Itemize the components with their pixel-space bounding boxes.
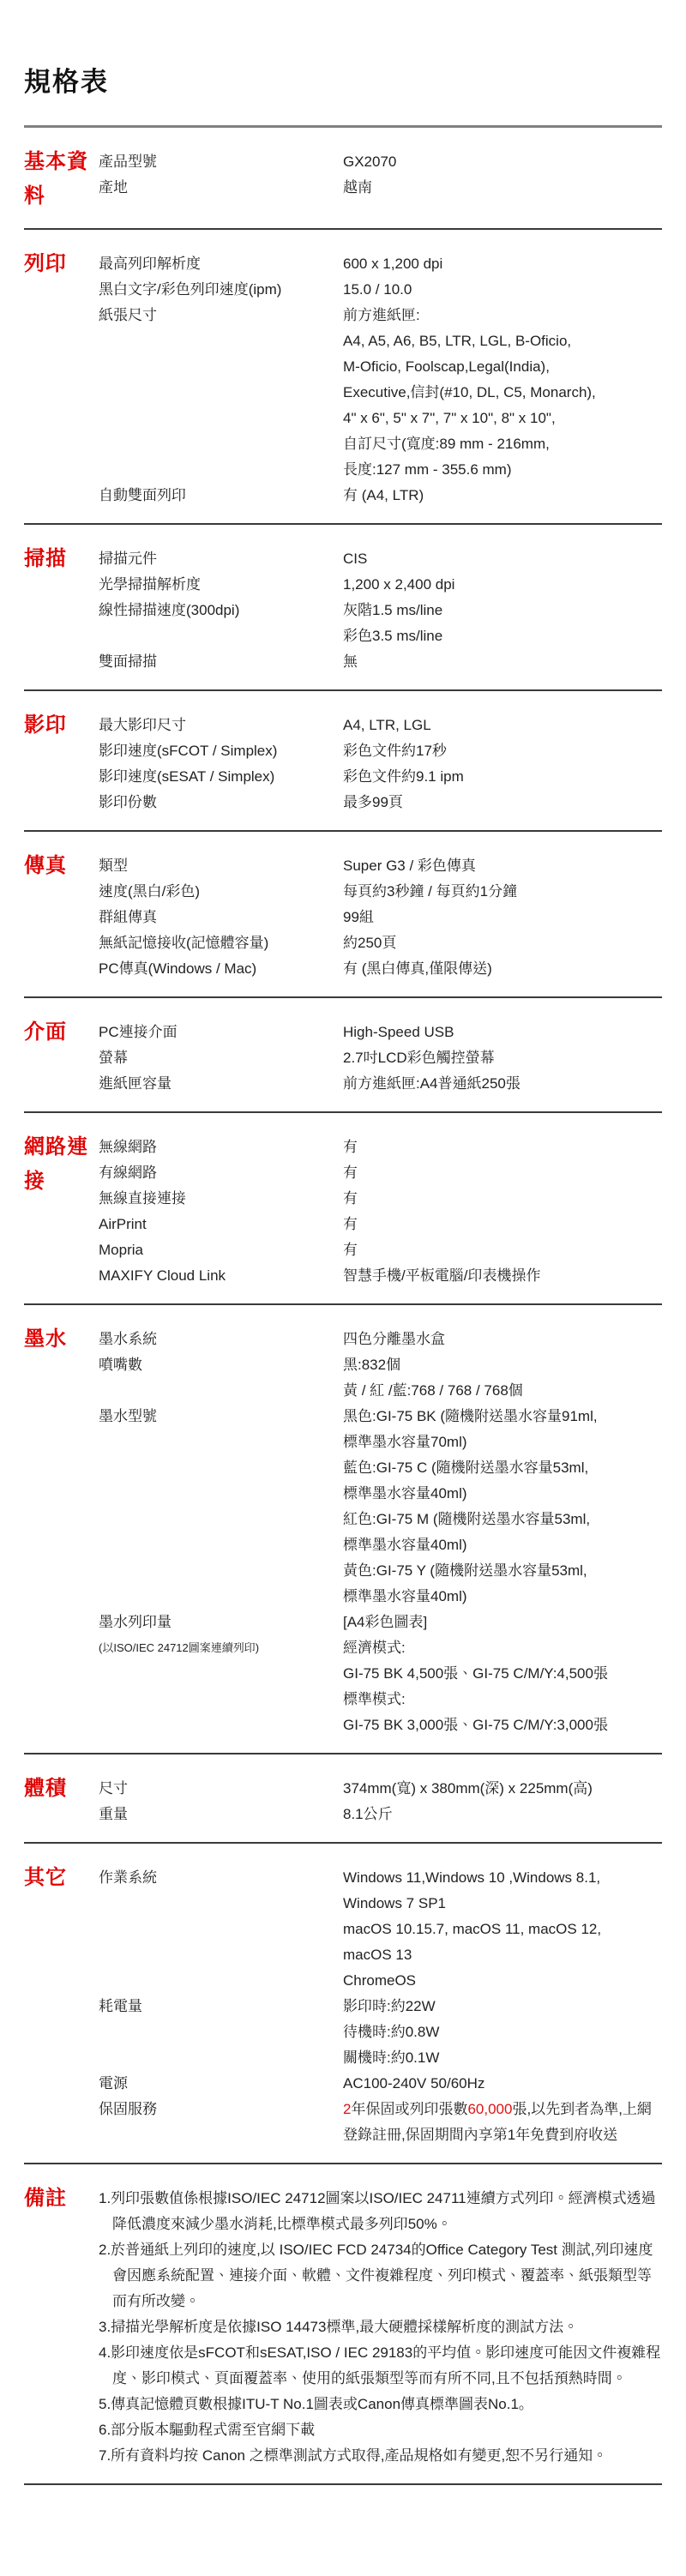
spec-row: 雙面掃描無 <box>99 649 662 675</box>
spec-row: 進紙匣容量前方進紙匣:A4普通紙250張 <box>99 1071 662 1097</box>
spec-section: 影印最大影印尺寸A4, LTR, LGL影印速度(sFCOT / Simplex… <box>24 691 662 832</box>
attribute-name-text: 有線網路 <box>99 1160 343 1186</box>
spec-row: 耗電量影印時:約22W待機時:約0.8W關機時:約0.1W <box>99 1994 662 2071</box>
value-line: 標準模式: <box>343 1687 662 1712</box>
attribute-name: 墨水列印量(以ISO/IEC 24712圖案連續列印) <box>99 1610 343 1738</box>
spec-section: 網路連接無線網路有有線網路有無線直接連接有AirPrint有Mopria有MAX… <box>24 1113 662 1305</box>
attribute-name: 光學掃描解析度 <box>99 572 343 598</box>
spec-row: 噴嘴數黑:832個黃 / 紅 /藍:768 / 768 / 768個 <box>99 1352 662 1404</box>
value-line: 標準墨水容量70ml) <box>343 1429 662 1455</box>
attribute-name-text: 螢幕 <box>99 1045 343 1071</box>
value-line: GI-75 BK 3,000張、GI-75 C/M/Y:3,000張 <box>343 1712 662 1738</box>
value-line: 彩色文件約17秒 <box>343 738 662 764</box>
attribute-value: 2.7吋LCD彩色觸控螢幕 <box>343 1045 662 1071</box>
value-segment: 年保固或列印張數 <box>351 2101 467 2117</box>
attribute-value: High-Speed USB <box>343 1020 662 1045</box>
attribute-value: 有 <box>343 1135 662 1160</box>
value-line: 最多99頁 <box>343 790 662 816</box>
attribute-name: 影印速度(sFCOT / Simplex) <box>99 738 343 764</box>
attribute-value: 有 (A4, LTR) <box>343 483 662 509</box>
value-line: 四色分離墨水盒 <box>343 1327 662 1352</box>
section-rows: 掃描元件CIS光學掃描解析度1,200 x 2,400 dpi線性掃描速度(30… <box>99 546 662 675</box>
value-line: 灰階1.5 ms/line <box>343 598 662 623</box>
section-label: 掃描 <box>24 542 99 675</box>
attribute-value: A4, LTR, LGL <box>343 713 662 738</box>
attribute-name-text: 無線網路 <box>99 1135 343 1160</box>
attribute-name-text: 掃描元件 <box>99 546 343 572</box>
spec-row: 影印速度(sESAT / Simplex)彩色文件約9.1 ipm <box>99 764 662 790</box>
attribute-name-text: 保固服務 <box>99 2097 343 2122</box>
section-rows: 類型Super G3 / 彩色傳真速度(黑白/彩色)每頁約3秒鐘 / 每頁約1分… <box>99 853 662 982</box>
attribute-name: 墨水型號 <box>99 1404 343 1610</box>
value-line: 2.7吋LCD彩色觸控螢幕 <box>343 1045 662 1071</box>
notes-section: 備註1.列印張數值係根據ISO/IEC 24712圖案以ISO/IEC 2471… <box>24 2164 662 2485</box>
section-rows: 墨水系統四色分離墨水盒噴嘴數黑:832個黃 / 紅 /藍:768 / 768 /… <box>99 1327 662 1738</box>
value-line: 紅色:GI-75 M (隨機附送墨水容量53ml, <box>343 1507 662 1532</box>
value-line: 15.0 / 10.0 <box>343 277 662 303</box>
section-rows: 無線網路有有線網路有無線直接連接有AirPrint有Mopria有MAXIFY … <box>99 1135 662 1289</box>
attribute-value: 黑色:GI-75 BK (隨機附送墨水容量91ml,標準墨水容量70ml)藍色:… <box>343 1404 662 1610</box>
attribute-name: 產地 <box>99 175 343 201</box>
attribute-name: MAXIFY Cloud Link <box>99 1263 343 1289</box>
spec-row: 無線直接連接有 <box>99 1186 662 1212</box>
attribute-name: 掃描元件 <box>99 546 343 572</box>
value-line: 黑色:GI-75 BK (隨機附送墨水容量91ml, <box>343 1404 662 1429</box>
attribute-name-text: 類型 <box>99 853 343 879</box>
section-rows: 作業系統Windows 11,Windows 10 ,Windows 8.1,W… <box>99 1865 662 2148</box>
attribute-name: 影印速度(sESAT / Simplex) <box>99 764 343 790</box>
value-line: 有 <box>343 1135 662 1160</box>
spec-row: 最高列印解析度600 x 1,200 dpi <box>99 251 662 277</box>
spec-row: 影印份數最多99頁 <box>99 790 662 816</box>
spec-row: 光學掃描解析度1,200 x 2,400 dpi <box>99 572 662 598</box>
value-line: 標準墨水容量40ml) <box>343 1532 662 1558</box>
attribute-name-note: (以ISO/IEC 24712圖案連續列印) <box>99 1635 343 1661</box>
attribute-name-text: 影印速度(sESAT / Simplex) <box>99 764 343 790</box>
value-line: GI-75 BK 4,500張、GI-75 C/M/Y:4,500張 <box>343 1661 662 1687</box>
spec-row: PC連接介面High-Speed USB <box>99 1020 662 1045</box>
attribute-name-text: 產品型號 <box>99 149 343 175</box>
value-line: 4" x 6", 5" x 7", 7" x 10", 8" x 10", <box>343 406 662 431</box>
attribute-name-text: 影印份數 <box>99 790 343 816</box>
attribute-value: 灰階1.5 ms/line彩色3.5 ms/line <box>343 598 662 649</box>
attribute-value: 前方進紙匣:A4普通紙250張 <box>343 1071 662 1097</box>
attribute-name-text: 線性掃描速度(300dpi) <box>99 598 343 623</box>
attribute-name-text: 最大影印尺寸 <box>99 713 343 738</box>
value-line: Windows 7 SP1 <box>343 1891 662 1917</box>
spec-row: 產地越南 <box>99 175 662 201</box>
attribute-value: CIS <box>343 546 662 572</box>
attribute-name: PC傳真(Windows / Mac) <box>99 956 343 982</box>
attribute-value: 四色分離墨水盒 <box>343 1327 662 1352</box>
attribute-name-text: AirPrint <box>99 1212 343 1237</box>
attribute-name-text: 速度(黑白/彩色) <box>99 879 343 905</box>
value-line: 智慧手機/平板電腦/印表機操作 <box>343 1263 662 1289</box>
attribute-name-text: MAXIFY Cloud Link <box>99 1263 343 1289</box>
attribute-name-text: 雙面掃描 <box>99 649 343 675</box>
spec-row: PC傳真(Windows / Mac)有 (黑白傳真,僅限傳送) <box>99 956 662 982</box>
value-line: 黃色:GI-75 Y (隨機附送墨水容量53ml, <box>343 1558 662 1584</box>
value-line: A4, A5, A6, B5, LTR, LGL, B-Oficio, <box>343 328 662 354</box>
attribute-name: Mopria <box>99 1237 343 1263</box>
spec-row: 紙張尺寸前方進紙匣:A4, A5, A6, B5, LTR, LGL, B-Of… <box>99 303 662 483</box>
value-line: [A4彩色圖表] <box>343 1610 662 1635</box>
attribute-value: 2年保固或列印張數60,000張,以先到者為準,上網登錄註冊,保固期間內享第1年… <box>343 2097 662 2148</box>
attribute-name: 速度(黑白/彩色) <box>99 879 343 905</box>
spec-row: 保固服務2年保固或列印張數60,000張,以先到者為準,上網登錄註冊,保固期間內… <box>99 2097 662 2148</box>
section-label: 傳真 <box>24 849 99 982</box>
value-line: 約250頁 <box>343 930 662 956</box>
note-item: 5.傳真記憶體頁數根據ITU-T No.1圖表或Canon傳真標準圖表No.1。 <box>99 2392 662 2417</box>
section-rows: PC連接介面High-Speed USB螢幕2.7吋LCD彩色觸控螢幕進紙匣容量… <box>99 1020 662 1097</box>
attribute-name-text: 噴嘴數 <box>99 1352 343 1378</box>
attribute-value: 99組 <box>343 905 662 930</box>
section-label: 其它 <box>24 1861 99 2148</box>
attribute-name: 雙面掃描 <box>99 649 343 675</box>
value-line: 長度:127 mm - 355.6 mm) <box>343 457 662 483</box>
spec-section: 其它作業系統Windows 11,Windows 10 ,Windows 8.1… <box>24 1844 662 2164</box>
attribute-value: 有 <box>343 1160 662 1186</box>
attribute-value: 1,200 x 2,400 dpi <box>343 572 662 598</box>
attribute-name: 紙張尺寸 <box>99 303 343 483</box>
section-rows: 尺寸374mm(寬) x 380mm(深) x 225mm(高)重量8.1公斤 <box>99 1776 662 1827</box>
attribute-value: 8.1公斤 <box>343 1802 662 1827</box>
page-title: 規格表 <box>24 0 662 99</box>
attribute-name: 無線網路 <box>99 1135 343 1160</box>
value-line: 前方進紙匣: <box>343 303 662 328</box>
note-list: 1.列印張數值係根據ISO/IEC 24712圖案以ISO/IEC 24711連… <box>99 2186 662 2469</box>
attribute-name: 耗電量 <box>99 1994 343 2071</box>
spec-row: 產品型號GX2070 <box>99 149 662 175</box>
attribute-value: 有 <box>343 1186 662 1212</box>
note-item: 7.所有資料均按 Canon 之標準測試方式取得,產品規格如有變更,恕不另行通知… <box>99 2443 662 2469</box>
attribute-name-text: 墨水系統 <box>99 1327 343 1352</box>
spec-row: AirPrint有 <box>99 1212 662 1237</box>
attribute-name: 線性掃描速度(300dpi) <box>99 598 343 649</box>
value-line: macOS 10.15.7, macOS 11, macOS 12, <box>343 1917 662 1942</box>
spec-section: 掃描掃描元件CIS光學掃描解析度1,200 x 2,400 dpi線性掃描速度(… <box>24 525 662 691</box>
attribute-name: 重量 <box>99 1802 343 1827</box>
section-label: 體積 <box>24 1772 99 1827</box>
value-line: 有 <box>343 1212 662 1237</box>
attribute-name-text: 紙張尺寸 <box>99 303 343 328</box>
note-item: 1.列印張數值係根據ISO/IEC 24712圖案以ISO/IEC 24711連… <box>99 2186 662 2237</box>
attribute-name-text: 群組傳真 <box>99 905 343 930</box>
value-line: CIS <box>343 546 662 572</box>
section-label: 基本資料 <box>24 145 99 214</box>
attribute-name-text: 自動雙面列印 <box>99 483 343 509</box>
attribute-value: 有 (黑白傳真,僅限傳送) <box>343 956 662 982</box>
value-line: Super G3 / 彩色傳真 <box>343 853 662 879</box>
value-line: 2年保固或列印張數60,000張,以先到者為準,上網登錄註冊,保固期間內享第1年… <box>343 2097 662 2148</box>
value-line: 藍色:GI-75 C (隨機附送墨水容量53ml, <box>343 1455 662 1481</box>
spec-row: 有線網路有 <box>99 1160 662 1186</box>
spec-row: 無線網路有 <box>99 1135 662 1160</box>
value-line: 影印時:約22W <box>343 1994 662 2019</box>
note-item: 6.部分版本驅動程式需至官網下載 <box>99 2417 662 2443</box>
spec-row: 類型Super G3 / 彩色傳真 <box>99 853 662 879</box>
section-label: 墨水 <box>24 1322 99 1738</box>
attribute-name-text: 影印速度(sFCOT / Simplex) <box>99 738 343 764</box>
spec-row: Mopria有 <box>99 1237 662 1263</box>
value-line: 待機時:約0.8W <box>343 2019 662 2045</box>
attribute-name-text: 重量 <box>99 1802 343 1827</box>
value-line: 彩色3.5 ms/line <box>343 623 662 649</box>
value-segment-highlight: 60,000 <box>467 2101 512 2117</box>
section-rows: 最高列印解析度600 x 1,200 dpi黑白文字/彩色列印速度(ipm)15… <box>99 251 662 509</box>
spec-row: 螢幕2.7吋LCD彩色觸控螢幕 <box>99 1045 662 1071</box>
spec-section: 列印最高列印解析度600 x 1,200 dpi黑白文字/彩色列印速度(ipm)… <box>24 230 662 525</box>
attribute-value: 越南 <box>343 175 662 201</box>
attribute-name-text: 無紙記憶接收(記憶體容量) <box>99 930 343 956</box>
attribute-name: 尺寸 <box>99 1776 343 1802</box>
spec-row: 影印速度(sFCOT / Simplex)彩色文件約17秒 <box>99 738 662 764</box>
value-line: ChromeOS <box>343 1968 662 1994</box>
attribute-name: AirPrint <box>99 1212 343 1237</box>
attribute-name-text: 進紙匣容量 <box>99 1071 343 1097</box>
spec-row: 尺寸374mm(寬) x 380mm(深) x 225mm(高) <box>99 1776 662 1802</box>
attribute-name: 保固服務 <box>99 2097 343 2148</box>
attribute-value: 約250頁 <box>343 930 662 956</box>
value-line: A4, LTR, LGL <box>343 713 662 738</box>
attribute-name: 最大影印尺寸 <box>99 713 343 738</box>
attribute-name-text: 墨水型號 <box>99 1404 343 1429</box>
value-line: 黃 / 紅 /藍:768 / 768 / 768個 <box>343 1378 662 1404</box>
attribute-value: AC100-240V 50/60Hz <box>343 2071 662 2097</box>
attribute-value: 無 <box>343 649 662 675</box>
spec-row: 無紙記憶接收(記憶體容量)約250頁 <box>99 930 662 956</box>
value-line: 彩色文件約9.1 ipm <box>343 764 662 790</box>
value-line: Executive,信封(#10, DL, C5, Monarch), <box>343 380 662 406</box>
attribute-value: 有 <box>343 1237 662 1263</box>
attribute-value: GX2070 <box>343 149 662 175</box>
attribute-name: 無線直接連接 <box>99 1186 343 1212</box>
note-item: 2.於普通紙上列印的速度,以 ISO/IEC FCD 24734的Office … <box>99 2237 662 2314</box>
attribute-name-text: 作業系統 <box>99 1865 343 1891</box>
value-line: 有 (黑白傳真,僅限傳送) <box>343 956 662 982</box>
attribute-name: 類型 <box>99 853 343 879</box>
attribute-value: [A4彩色圖表]經濟模式:GI-75 BK 4,500張、GI-75 C/M/Y… <box>343 1610 662 1738</box>
value-line: AC100-240V 50/60Hz <box>343 2071 662 2097</box>
value-line: 374mm(寬) x 380mm(深) x 225mm(高) <box>343 1776 662 1802</box>
note-item: 4.影印速度依是sFCOT和sESAT,ISO / IEC 29183的平均值。… <box>99 2340 662 2392</box>
spec-section: 墨水墨水系統四色分離墨水盒噴嘴數黑:832個黃 / 紅 /藍:768 / 768… <box>24 1305 662 1754</box>
attribute-name: PC連接介面 <box>99 1020 343 1045</box>
section-label: 列印 <box>24 247 99 509</box>
attribute-value: Super G3 / 彩色傳真 <box>343 853 662 879</box>
attribute-value: 每頁約3秒鐘 / 每頁約1分鐘 <box>343 879 662 905</box>
value-line: 每頁約3秒鐘 / 每頁約1分鐘 <box>343 879 662 905</box>
section-rows: 最大影印尺寸A4, LTR, LGL影印速度(sFCOT / Simplex)彩… <box>99 713 662 816</box>
attribute-value: 彩色文件約17秒 <box>343 738 662 764</box>
spec-section: 介面PC連接介面High-Speed USB螢幕2.7吋LCD彩色觸控螢幕進紙匣… <box>24 998 662 1113</box>
attribute-value: 影印時:約22W待機時:約0.8W關機時:約0.1W <box>343 1994 662 2071</box>
spec-row: 自動雙面列印有 (A4, LTR) <box>99 483 662 509</box>
value-line: 1,200 x 2,400 dpi <box>343 572 662 598</box>
value-line: 600 x 1,200 dpi <box>343 251 662 277</box>
spec-row: 墨水系統四色分離墨水盒 <box>99 1327 662 1352</box>
attribute-name-text: 產地 <box>99 175 343 201</box>
section-label: 備註 <box>24 2182 99 2469</box>
attribute-name-text: 黑白文字/彩色列印速度(ipm) <box>99 277 343 303</box>
attribute-value: 最多99頁 <box>343 790 662 816</box>
spec-section: 傳真類型Super G3 / 彩色傳真速度(黑白/彩色)每頁約3秒鐘 / 每頁約… <box>24 832 662 998</box>
value-line: 關機時:約0.1W <box>343 2045 662 2071</box>
attribute-value: 15.0 / 10.0 <box>343 277 662 303</box>
attribute-name: 無紙記憶接收(記憶體容量) <box>99 930 343 956</box>
value-line: 標準墨水容量40ml) <box>343 1481 662 1507</box>
spec-row: 作業系統Windows 11,Windows 10 ,Windows 8.1,W… <box>99 1865 662 1994</box>
value-line: GX2070 <box>343 149 662 175</box>
attribute-name: 噴嘴數 <box>99 1352 343 1404</box>
attribute-name: 進紙匣容量 <box>99 1071 343 1097</box>
attribute-name-text: 無線直接連接 <box>99 1186 343 1212</box>
attribute-name: 自動雙面列印 <box>99 483 343 509</box>
value-line: 8.1公斤 <box>343 1802 662 1827</box>
note-item: 3.掃描光學解析度是依據ISO 14473標準,最大硬體採樣解析度的測試方法。 <box>99 2314 662 2340</box>
attribute-value: 彩色文件約9.1 ipm <box>343 764 662 790</box>
attribute-name: 作業系統 <box>99 1865 343 1994</box>
spec-row: 黑白文字/彩色列印速度(ipm)15.0 / 10.0 <box>99 277 662 303</box>
attribute-name: 有線網路 <box>99 1160 343 1186</box>
attribute-value: 374mm(寬) x 380mm(深) x 225mm(高) <box>343 1776 662 1802</box>
spec-row: 最大影印尺寸A4, LTR, LGL <box>99 713 662 738</box>
attribute-name: 群組傳真 <box>99 905 343 930</box>
attribute-value: 黑:832個黃 / 紅 /藍:768 / 768 / 768個 <box>343 1352 662 1404</box>
spec-row: 掃描元件CIS <box>99 546 662 572</box>
spec-sections: 基本資料產品型號GX2070產地越南列印最高列印解析度600 x 1,200 d… <box>24 128 662 2485</box>
attribute-name: 螢幕 <box>99 1045 343 1071</box>
value-line: 有 <box>343 1237 662 1263</box>
spec-section: 基本資料產品型號GX2070產地越南 <box>24 128 662 230</box>
attribute-name-text: PC連接介面 <box>99 1020 343 1045</box>
attribute-name: 電源 <box>99 2071 343 2097</box>
attribute-name-text: 耗電量 <box>99 1994 343 2019</box>
value-line: 有 <box>343 1160 662 1186</box>
spec-row: 墨水型號黑色:GI-75 BK (隨機附送墨水容量91ml,標準墨水容量70ml… <box>99 1404 662 1610</box>
value-line: 無 <box>343 649 662 675</box>
value-line: 越南 <box>343 175 662 201</box>
attribute-name-text: 尺寸 <box>99 1776 343 1802</box>
value-line: macOS 13 <box>343 1942 662 1968</box>
attribute-value: 600 x 1,200 dpi <box>343 251 662 277</box>
value-line: 黑:832個 <box>343 1352 662 1378</box>
attribute-value: 智慧手機/平板電腦/印表機操作 <box>343 1263 662 1289</box>
attribute-value: Windows 11,Windows 10 ,Windows 8.1,Windo… <box>343 1865 662 1994</box>
attribute-value: 前方進紙匣:A4, A5, A6, B5, LTR, LGL, B-Oficio… <box>343 303 662 483</box>
value-line: M-Oficio, Foolscap,Legal(India), <box>343 354 662 380</box>
section-label: 影印 <box>24 708 99 816</box>
spec-row: 線性掃描速度(300dpi)灰階1.5 ms/line彩色3.5 ms/line <box>99 598 662 649</box>
spec-row: 群組傳真99組 <box>99 905 662 930</box>
value-line: 自訂尺寸(寬度:89 mm - 216mm, <box>343 431 662 457</box>
attribute-name-text: 最高列印解析度 <box>99 251 343 277</box>
attribute-name-text: Mopria <box>99 1237 343 1263</box>
value-line: 99組 <box>343 905 662 930</box>
attribute-name-text: 光學掃描解析度 <box>99 572 343 598</box>
value-line: 前方進紙匣:A4普通紙250張 <box>343 1071 662 1097</box>
spec-row: 重量8.1公斤 <box>99 1802 662 1827</box>
value-line: Windows 11,Windows 10 ,Windows 8.1, <box>343 1865 662 1891</box>
value-line: 有 <box>343 1186 662 1212</box>
value-line: High-Speed USB <box>343 1020 662 1045</box>
section-label: 網路連接 <box>24 1130 99 1289</box>
spec-row: 速度(黑白/彩色)每頁約3秒鐘 / 每頁約1分鐘 <box>99 879 662 905</box>
value-line: 有 (A4, LTR) <box>343 483 662 509</box>
attribute-name: 墨水系統 <box>99 1327 343 1352</box>
section-rows: 產品型號GX2070產地越南 <box>99 149 662 214</box>
section-label: 介面 <box>24 1015 99 1097</box>
attribute-name-text: 墨水列印量 <box>99 1610 343 1635</box>
spec-page: 規格表 基本資料產品型號GX2070產地越南列印最高列印解析度600 x 1,2… <box>0 0 686 2576</box>
attribute-name-text: 電源 <box>99 2071 343 2097</box>
spec-section: 體積尺寸374mm(寬) x 380mm(深) x 225mm(高)重量8.1公… <box>24 1754 662 1844</box>
spec-row: MAXIFY Cloud Link智慧手機/平板電腦/印表機操作 <box>99 1263 662 1289</box>
attribute-name: 產品型號 <box>99 149 343 175</box>
spec-row: 電源AC100-240V 50/60Hz <box>99 2071 662 2097</box>
spec-row: 墨水列印量(以ISO/IEC 24712圖案連續列印)[A4彩色圖表]經濟模式:… <box>99 1610 662 1738</box>
attribute-name: 最高列印解析度 <box>99 251 343 277</box>
attribute-value: 有 <box>343 1212 662 1237</box>
attribute-name: 影印份數 <box>99 790 343 816</box>
value-line: 經濟模式: <box>343 1635 662 1661</box>
value-line: 標準墨水容量40ml) <box>343 1584 662 1610</box>
attribute-name-text: PC傳真(Windows / Mac) <box>99 956 343 982</box>
attribute-name: 黑白文字/彩色列印速度(ipm) <box>99 277 343 303</box>
